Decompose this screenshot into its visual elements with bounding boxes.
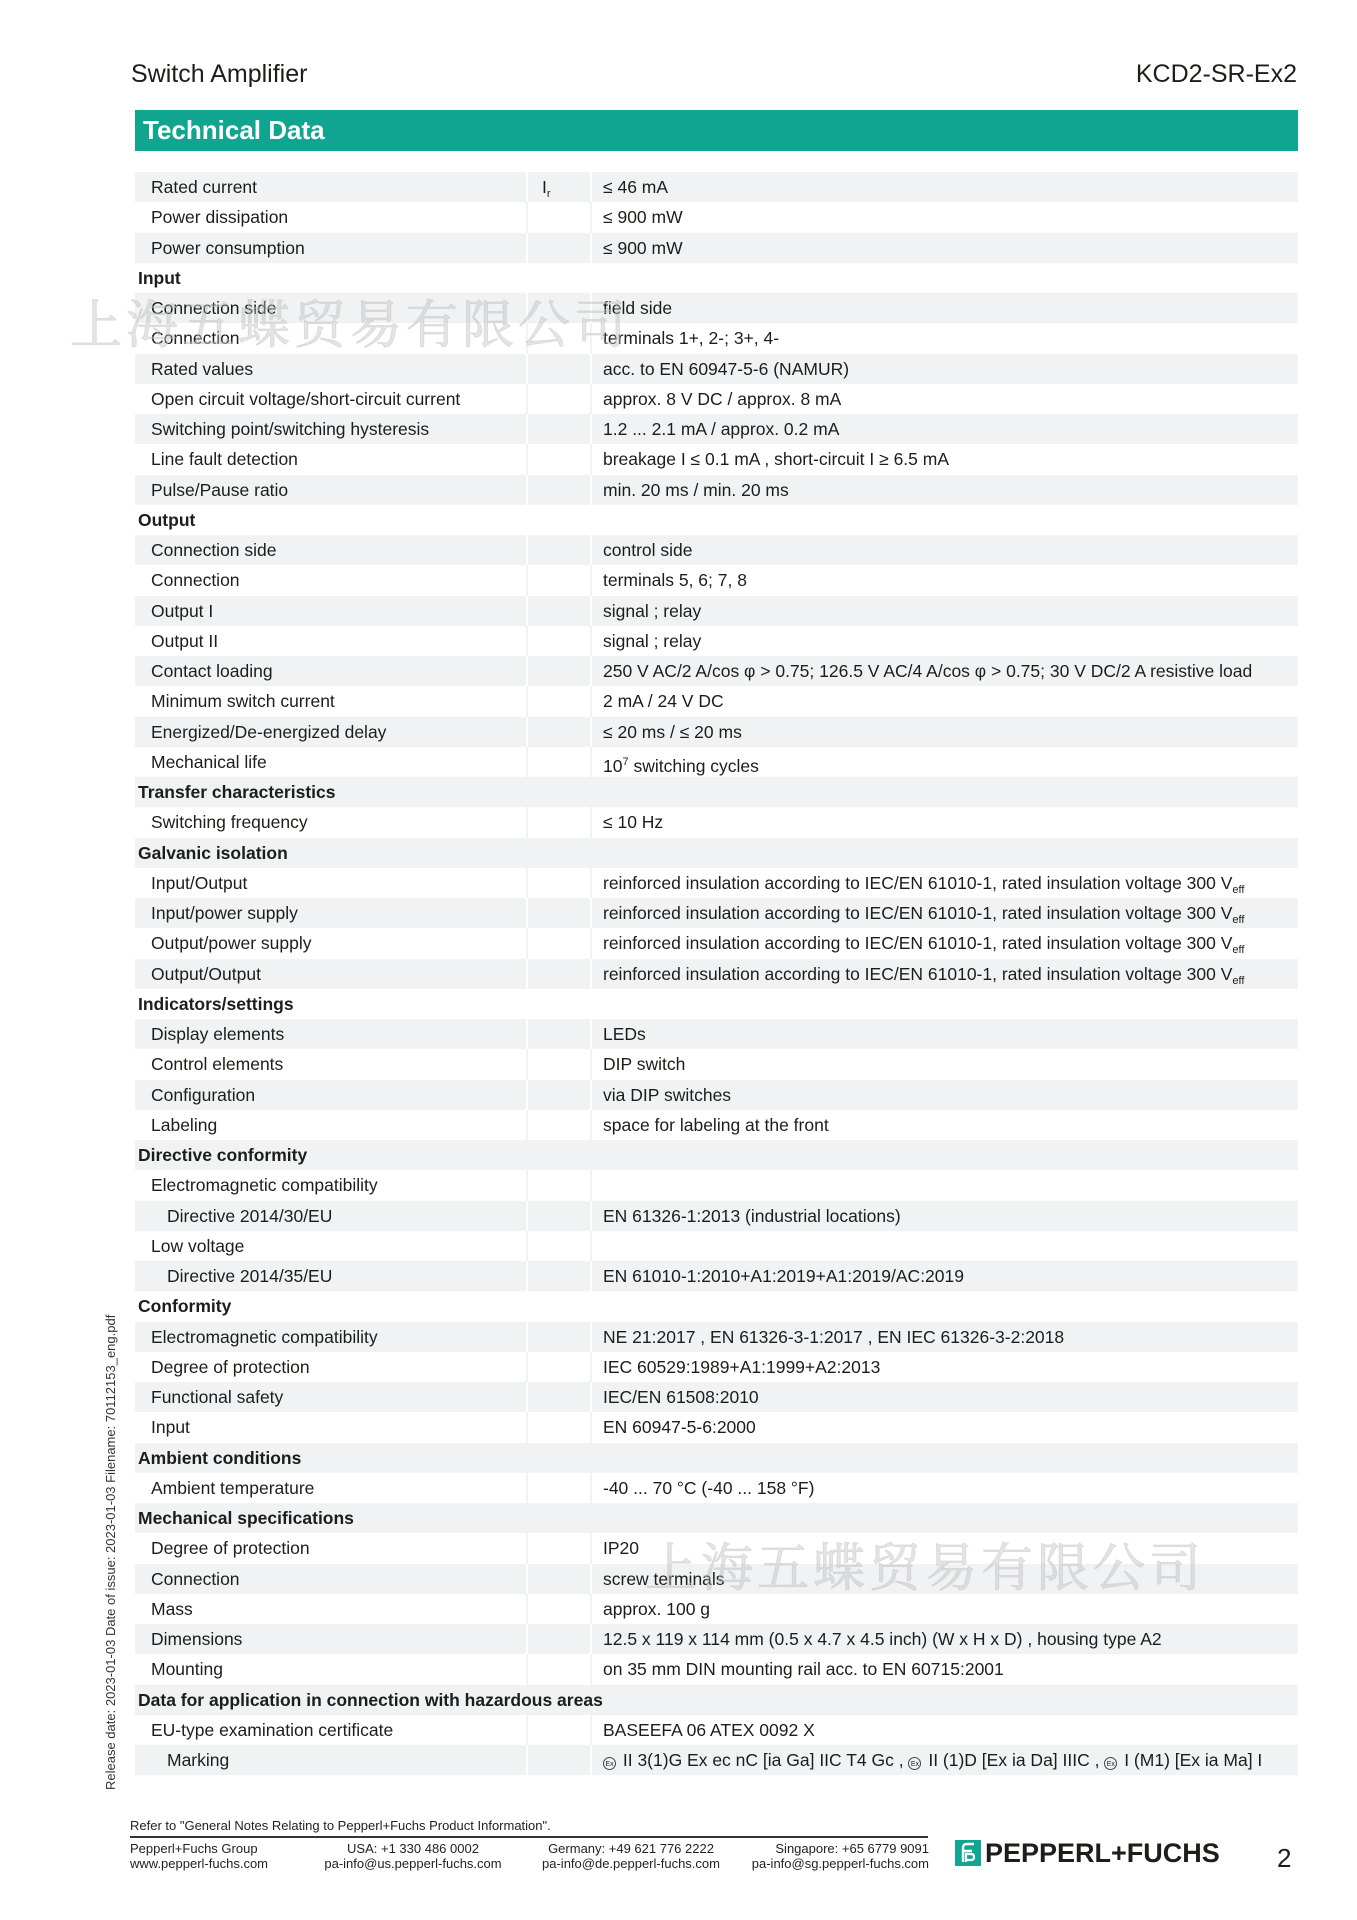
table-row: Input/power supplyreinforced insulation …: [135, 898, 1298, 928]
parameter-symbol: [528, 293, 590, 323]
parameter-value: signal ; relay: [592, 596, 1298, 626]
table-row: Electromagnetic compatibilityNE 21:2017 …: [135, 1322, 1298, 1352]
value-text: approx. 100 g: [603, 1599, 710, 1619]
parameter-value: [592, 1231, 1298, 1261]
parameter-symbol: [528, 535, 590, 565]
table-row: Output/Outputreinforced insulation accor…: [135, 959, 1298, 989]
parameter-label: Connection: [135, 565, 526, 595]
parameter-value: IP20: [592, 1533, 1298, 1563]
parameter-label: Connection side: [135, 293, 526, 323]
parameter-symbol: [528, 807, 590, 837]
brand-logo-icon: [955, 1840, 981, 1866]
table-row: Pulse/Pause ratiomin. 20 ms / min. 20 ms: [135, 475, 1298, 505]
symbol-subscript: r: [547, 188, 551, 200]
table-row: Contact loading250 V AC/2 A/cos φ > 0.75…: [135, 656, 1298, 686]
parameter-value: acc. to EN 60947-5-6 (NAMUR): [592, 354, 1298, 384]
value-subscript: eff: [1232, 884, 1244, 896]
parameter-label: Connection: [135, 1564, 526, 1594]
parameter-symbol: [528, 1201, 590, 1231]
value-text: II (1)D [Ex ia Da] IIIC ,: [923, 1750, 1104, 1770]
value-text: terminals 5, 6; 7, 8: [603, 570, 747, 590]
footer-contact-usa: USA: +1 330 486 0002 pa-info@us.pepperl-…: [323, 1841, 503, 1871]
parameter-label: Dimensions: [135, 1624, 526, 1654]
value-text: ≤ 20 ms / ≤ 20 ms: [603, 722, 742, 742]
value-text: approx. 8 V DC / approx. 8 mA: [603, 389, 841, 409]
table-row: Switching point/switching hysteresis1.2 …: [135, 414, 1298, 444]
value-subscript: eff: [1232, 944, 1244, 956]
parameter-symbol: [528, 959, 590, 989]
table-row: Degree of protectionIEC 60529:1989+A1:19…: [135, 1352, 1298, 1382]
section-label: Input: [135, 263, 526, 293]
footer-contact-phone: Germany: +49 621 776 2222: [536, 1841, 726, 1856]
parameter-symbol: [528, 1654, 590, 1684]
parameter-value: BASEEFA 06 ATEX 0092 X: [592, 1715, 1298, 1745]
table-row: Mechanical life107 switching cycles: [135, 747, 1298, 777]
footer-contact-link[interactable]: www.pepperl-fuchs.com: [130, 1856, 268, 1871]
parameter-symbol: [528, 1533, 590, 1563]
parameter-label: Switching point/switching hysteresis: [135, 414, 526, 444]
parameter-label: EU-type examination certificate: [135, 1715, 526, 1745]
parameter-value: approx. 8 V DC / approx. 8 mA: [592, 384, 1298, 414]
parameter-label: Input/Output: [135, 868, 526, 898]
parameter-label: Mechanical life: [135, 747, 526, 777]
parameter-value: control side: [592, 535, 1298, 565]
value-text: reinforced insulation according to IEC/E…: [603, 933, 1232, 953]
parameter-label: Connection: [135, 323, 526, 353]
parameter-symbol: [528, 414, 590, 444]
parameter-value: reinforced insulation according to IEC/E…: [592, 898, 1298, 928]
parameter-symbol: [528, 868, 590, 898]
value-text: 10: [603, 756, 622, 776]
table-row: Electromagnetic compatibility: [135, 1170, 1298, 1200]
parameter-value: 250 V AC/2 A/cos φ > 0.75; 126.5 V AC/4 …: [592, 656, 1298, 686]
parameter-symbol: [528, 747, 590, 777]
table-section-header: Mechanical specifications: [135, 1503, 1298, 1533]
parameter-symbol: [528, 1231, 590, 1261]
parameter-value: via DIP switches: [592, 1080, 1298, 1110]
table-row: Massapprox. 100 g: [135, 1594, 1298, 1624]
release-info-sidebar: Release date: 2023-01-03 Date of issue: …: [103, 1315, 118, 1790]
parameter-label: Configuration: [135, 1080, 526, 1110]
value-text: -40 ... 70 °C (-40 ... 158 °F): [603, 1478, 814, 1498]
parameter-label: Low voltage: [135, 1231, 526, 1261]
table-row: Functional safetyIEC/EN 61508:2010: [135, 1382, 1298, 1412]
document-product-type: Switch Amplifier: [131, 60, 307, 89]
parameter-symbol: [528, 717, 590, 747]
parameter-symbol: [528, 686, 590, 716]
section-label: Mechanical specifications: [135, 1503, 526, 1533]
parameter-value: screw terminals: [592, 1564, 1298, 1594]
table-row: Degree of protectionIP20: [135, 1533, 1298, 1563]
value-subscript: eff: [1232, 975, 1244, 987]
value-text: ≤ 900 mW: [603, 207, 683, 227]
parameter-label: Labeling: [135, 1110, 526, 1140]
table-section-header: Output: [135, 505, 1298, 535]
parameter-label: Connection side: [135, 535, 526, 565]
table-row: Mountingon 35 mm DIN mounting rail acc. …: [135, 1654, 1298, 1684]
parameter-value: LEDs: [592, 1019, 1298, 1049]
parameter-value: IEC/EN 61508:2010: [592, 1382, 1298, 1412]
parameter-label: Input: [135, 1412, 526, 1442]
value-text: II 3(1)G Ex ec nC [ia Ga] IIC T4 Gc ,: [618, 1750, 908, 1770]
footer-contact-phone: Singapore: +65 6779 9091: [752, 1841, 929, 1856]
pf-mark-icon: [955, 1840, 981, 1866]
parameter-value: -40 ... 70 °C (-40 ... 158 °F): [592, 1473, 1298, 1503]
table-row: Input/Outputreinforced insulation accord…: [135, 868, 1298, 898]
table-row: Energized/De-energized delay≤ 20 ms / ≤ …: [135, 717, 1298, 747]
parameter-value: ≤ 20 ms / ≤ 20 ms: [592, 717, 1298, 747]
table-row: Output IIsignal ; relay: [135, 626, 1298, 656]
parameter-value: EN 61326-1:2013 (industrial locations): [592, 1201, 1298, 1231]
section-label: Data for application in connection with …: [135, 1685, 526, 1715]
parameter-value: on 35 mm DIN mounting rail acc. to EN 60…: [592, 1654, 1298, 1684]
table-row: Output Isignal ; relay: [135, 596, 1298, 626]
table-section-header: Conformity: [135, 1291, 1298, 1321]
parameter-value: reinforced insulation according to IEC/E…: [592, 959, 1298, 989]
table-row: Control elementsDIP switch: [135, 1049, 1298, 1079]
table-row: Labelingspace for labeling at the front: [135, 1110, 1298, 1140]
parameter-symbol: [528, 1412, 590, 1442]
parameter-symbol: [528, 233, 590, 263]
footer-contact-phone: USA: +1 330 486 0002: [323, 1841, 503, 1856]
parameter-label: Mounting: [135, 1654, 526, 1684]
parameter-label: Power dissipation: [135, 202, 526, 232]
parameter-value: ≤ 10 Hz: [592, 807, 1298, 837]
value-text: breakage I ≤ 0.1 mA , short-circuit I ≥ …: [603, 449, 949, 469]
table-row: Switching frequency≤ 10 Hz: [135, 807, 1298, 837]
parameter-symbol: [528, 1594, 590, 1624]
footer-contact-email[interactable]: pa-info@sg.pepperl-fuchs.com: [752, 1856, 929, 1871]
parameter-label: Output/power supply: [135, 928, 526, 958]
footer-contact-label: Pepperl+Fuchs Group: [130, 1841, 268, 1856]
parameter-value: ≤ 900 mW: [592, 233, 1298, 263]
parameter-symbol: [528, 1080, 590, 1110]
parameter-label: Rated current: [135, 172, 526, 202]
parameter-value: ≤ 46 mA: [592, 172, 1298, 202]
parameter-symbol: [528, 1261, 590, 1291]
parameter-label: Ambient temperature: [135, 1473, 526, 1503]
value-text: space for labeling at the front: [603, 1115, 829, 1135]
parameter-label: Pulse/Pause ratio: [135, 475, 526, 505]
table-row: Open circuit voltage/short-circuit curre…: [135, 384, 1298, 414]
section-label: Conformity: [135, 1291, 526, 1321]
parameter-label: Electromagnetic compatibility: [135, 1322, 526, 1352]
table-row: Connectionscrew terminals: [135, 1564, 1298, 1594]
document-model-number: KCD2-SR-Ex2: [1136, 60, 1297, 89]
parameter-symbol: [528, 1745, 590, 1775]
footer-divider: [130, 1836, 928, 1838]
parameter-value: IEC 60529:1989+A1:1999+A2:2013: [592, 1352, 1298, 1382]
parameter-label: Output II: [135, 626, 526, 656]
value-text: IEC/EN 61508:2010: [603, 1387, 759, 1407]
parameter-value: 1.2 ... 2.1 mA / approx. 0.2 mA: [592, 414, 1298, 444]
parameter-label: Open circuit voltage/short-circuit curre…: [135, 384, 526, 414]
value-text: acc. to EN 60947-5-6 (NAMUR): [603, 359, 849, 379]
parameter-label: Line fault detection: [135, 444, 526, 474]
table-row: Directive 2014/30/EUEN 61326-1:2013 (ind…: [135, 1201, 1298, 1231]
value-text: LEDs: [603, 1024, 646, 1044]
value-text: signal ; relay: [603, 601, 701, 621]
parameter-label: Directive 2014/30/EU: [135, 1201, 526, 1231]
table-row: Dimensions12.5 x 119 x 114 mm (0.5 x 4.7…: [135, 1624, 1298, 1654]
parameter-symbol: [528, 1110, 590, 1140]
table-row: Low voltage: [135, 1231, 1298, 1261]
page-number: 2: [1277, 1843, 1291, 1874]
table-row: Connection sidefield side: [135, 293, 1298, 323]
value-text: terminals 1+, 2-; 3+, 4-: [603, 328, 779, 348]
parameter-label: Output/Output: [135, 959, 526, 989]
footer-contact-singapore: Singapore: +65 6779 9091 pa-info@sg.pepp…: [752, 1841, 929, 1871]
parameter-symbol: [528, 1624, 590, 1654]
parameter-label: Mass: [135, 1594, 526, 1624]
parameter-symbol: [528, 475, 590, 505]
value-text: control side: [603, 540, 693, 560]
parameter-value: reinforced insulation according to IEC/E…: [592, 928, 1298, 958]
table-section-header: Directive conformity: [135, 1140, 1298, 1170]
parameter-value: 12.5 x 119 x 114 mm (0.5 x 4.7 x 4.5 inc…: [592, 1624, 1298, 1654]
parameter-label: Rated values: [135, 354, 526, 384]
parameter-symbol: [528, 565, 590, 595]
value-text: BASEEFA 06 ATEX 0092 X: [603, 1720, 815, 1740]
parameter-symbol: [528, 1019, 590, 1049]
parameter-symbol: [528, 656, 590, 686]
table-row: Connection sidecontrol side: [135, 535, 1298, 565]
section-label: Directive conformity: [135, 1140, 526, 1170]
value-text: 12.5 x 119 x 114 mm (0.5 x 4.7 x 4.5 inc…: [603, 1629, 1162, 1649]
parameter-symbol: [528, 1564, 590, 1594]
table-row: Power dissipation≤ 900 mW: [135, 202, 1298, 232]
table-row: Power consumption≤ 900 mW: [135, 233, 1298, 263]
parameter-symbol: [528, 354, 590, 384]
parameter-value: min. 20 ms / min. 20 ms: [592, 475, 1298, 505]
parameter-value: EN 61010-1:2010+A1:2019+A1:2019/AC:2019: [592, 1261, 1298, 1291]
parameter-symbol: [528, 202, 590, 232]
parameter-label: Functional safety: [135, 1382, 526, 1412]
parameter-label: Power consumption: [135, 233, 526, 263]
parameter-symbol: [528, 384, 590, 414]
parameter-label: Display elements: [135, 1019, 526, 1049]
section-label: Output: [135, 505, 526, 535]
table-row: InputEN 60947-5-6:2000: [135, 1412, 1298, 1442]
parameter-value: ≤ 900 mW: [592, 202, 1298, 232]
table-row: Connectionterminals 5, 6; 7, 8: [135, 565, 1298, 595]
parameter-value: signal ; relay: [592, 626, 1298, 656]
value-text: via DIP switches: [603, 1085, 731, 1105]
parameter-label: Degree of protection: [135, 1352, 526, 1382]
parameter-label: Energized/De-energized delay: [135, 717, 526, 747]
value-text: 2 mA / 24 V DC: [603, 691, 724, 711]
table-row: Connectionterminals 1+, 2-; 3+, 4-: [135, 323, 1298, 353]
parameter-label: Input/power supply: [135, 898, 526, 928]
parameter-symbol: [528, 928, 590, 958]
value-text: EN 61010-1:2010+A1:2019+A1:2019/AC:2019: [603, 1266, 964, 1286]
value-text: screw terminals: [603, 1569, 725, 1589]
value-text: 250 V AC/2 A/cos φ > 0.75; 126.5 V AC/4 …: [603, 661, 1252, 681]
parameter-symbol: [528, 1473, 590, 1503]
value-text: DIP switch: [603, 1054, 685, 1074]
parameter-symbol: [528, 898, 590, 928]
value-text: reinforced insulation according to IEC/E…: [603, 964, 1232, 984]
parameter-value: NE 21:2017 , EN 61326-3-1:2017 , EN IEC …: [592, 1322, 1298, 1352]
value-text: signal ; relay: [603, 631, 701, 651]
parameter-label: Directive 2014/35/EU: [135, 1261, 526, 1291]
parameter-symbol: [528, 1382, 590, 1412]
parameter-value: DIP switch: [592, 1049, 1298, 1079]
section-label: Ambient conditions: [135, 1443, 526, 1473]
table-section-header: Galvanic isolation: [135, 838, 1298, 868]
table-section-header: Transfer characteristics: [135, 777, 1298, 807]
parameter-symbol: [528, 1715, 590, 1745]
table-row: Display elementsLEDs: [135, 1019, 1298, 1049]
footer-contact-email[interactable]: pa-info@de.pepperl-fuchs.com: [536, 1856, 726, 1871]
value-text: EN 60947-5-6:2000: [603, 1417, 756, 1437]
parameter-value: 2 mA / 24 V DC: [592, 686, 1298, 716]
value-text: ≤ 10 Hz: [603, 812, 663, 832]
parameter-symbol: [528, 444, 590, 474]
parameter-value: terminals 5, 6; 7, 8: [592, 565, 1298, 595]
parameter-label: Electromagnetic compatibility: [135, 1170, 526, 1200]
parameter-symbol: [528, 626, 590, 656]
table-row: Configurationvia DIP switches: [135, 1080, 1298, 1110]
value-text: IEC 60529:1989+A1:1999+A2:2013: [603, 1357, 880, 1377]
table-row: Ambient temperature-40 ... 70 °C (-40 ..…: [135, 1473, 1298, 1503]
parameter-value: 107 switching cycles: [592, 747, 1298, 777]
parameter-value: Ex II 3(1)G Ex ec nC [ia Ga] IIC T4 Gc ,…: [592, 1745, 1298, 1775]
footer-contact-group: Pepperl+Fuchs Group www.pepperl-fuchs.co…: [130, 1841, 268, 1871]
value-text: on 35 mm DIN mounting rail acc. to EN 60…: [603, 1659, 1004, 1679]
parameter-label: Control elements: [135, 1049, 526, 1079]
parameter-value: terminals 1+, 2-; 3+, 4-: [592, 323, 1298, 353]
value-text: switching cycles: [629, 756, 759, 776]
parameter-value: approx. 100 g: [592, 1594, 1298, 1624]
parameter-symbol: [528, 323, 590, 353]
parameter-symbol: [528, 596, 590, 626]
section-label: Galvanic isolation: [135, 838, 526, 868]
parameter-value: EN 60947-5-6:2000: [592, 1412, 1298, 1442]
parameter-label: Marking: [135, 1745, 526, 1775]
section-title-bar: Technical Data: [135, 110, 1298, 151]
footer-general-notes: Refer to "General Notes Relating to Pepp…: [130, 1818, 551, 1833]
parameter-label: Minimum switch current: [135, 686, 526, 716]
parameter-symbol: [528, 1322, 590, 1352]
value-text: reinforced insulation according to IEC/E…: [603, 903, 1232, 923]
parameter-value: space for labeling at the front: [592, 1110, 1298, 1140]
value-text: I (M1) [Ex ia Ma] I: [1119, 1750, 1262, 1770]
parameter-value: [592, 1170, 1298, 1200]
parameter-value: breakage I ≤ 0.1 mA , short-circuit I ≥ …: [592, 444, 1298, 474]
table-row: Line fault detectionbreakage I ≤ 0.1 mA …: [135, 444, 1298, 474]
brand-logo-text: PEPPERL+FUCHS: [985, 1838, 1220, 1869]
value-text: 1.2 ... 2.1 mA / approx. 0.2 mA: [603, 419, 839, 439]
value-text: min. 20 ms / min. 20 ms: [603, 480, 789, 500]
value-text: NE 21:2017 , EN 61326-3-1:2017 , EN IEC …: [603, 1327, 1064, 1347]
table-row: MarkingEx II 3(1)G Ex ec nC [ia Ga] IIC …: [135, 1745, 1298, 1775]
ex-marking-icon: Ex: [908, 1757, 921, 1770]
section-title: Technical Data: [143, 115, 325, 146]
table-section-header: Input: [135, 263, 1298, 293]
value-subscript: eff: [1232, 914, 1244, 926]
technical-data-table: Rated currentIr≤ 46 mAPower dissipation≤…: [135, 172, 1298, 1775]
table-row: Directive 2014/35/EUEN 61010-1:2010+A1:2…: [135, 1261, 1298, 1291]
parameter-label: Output I: [135, 596, 526, 626]
table-section-header: Ambient conditions: [135, 1443, 1298, 1473]
value-text: EN 61326-1:2013 (industrial locations): [603, 1206, 901, 1226]
parameter-symbol: [528, 1352, 590, 1382]
parameter-symbol: [528, 1049, 590, 1079]
value-text: ≤ 900 mW: [603, 238, 683, 258]
table-row: Output/power supplyreinforced insulation…: [135, 928, 1298, 958]
section-label: Indicators/settings: [135, 989, 526, 1019]
table-row: Minimum switch current2 mA / 24 V DC: [135, 686, 1298, 716]
parameter-value: reinforced insulation according to IEC/E…: [592, 868, 1298, 898]
parameter-label: Switching frequency: [135, 807, 526, 837]
value-text: reinforced insulation according to IEC/E…: [603, 873, 1232, 893]
value-text: IP20: [603, 1538, 639, 1558]
parameter-label: Contact loading: [135, 656, 526, 686]
table-row: Rated currentIr≤ 46 mA: [135, 172, 1298, 202]
table-row: Rated valuesacc. to EN 60947-5-6 (NAMUR): [135, 354, 1298, 384]
value-text: ≤ 46 mA: [603, 177, 668, 197]
table-row: EU-type examination certificateBASEEFA 0…: [135, 1715, 1298, 1745]
parameter-symbol: Ir: [528, 172, 590, 202]
ex-marking-icon: Ex: [603, 1757, 616, 1770]
table-section-header: Data for application in connection with …: [135, 1685, 1298, 1715]
footer-contact-email[interactable]: pa-info@us.pepperl-fuchs.com: [323, 1856, 503, 1871]
brand-logo: PEPPERL+FUCHS: [955, 1840, 1220, 1866]
section-label: Transfer characteristics: [135, 777, 526, 807]
parameter-value: field side: [592, 293, 1298, 323]
ex-marking-icon: Ex: [1104, 1757, 1117, 1770]
footer-contact-germany: Germany: +49 621 776 2222 pa-info@de.pep…: [536, 1841, 726, 1871]
table-section-header: Indicators/settings: [135, 989, 1298, 1019]
parameter-symbol: [528, 1170, 590, 1200]
value-text: field side: [603, 298, 672, 318]
parameter-label: Degree of protection: [135, 1533, 526, 1563]
